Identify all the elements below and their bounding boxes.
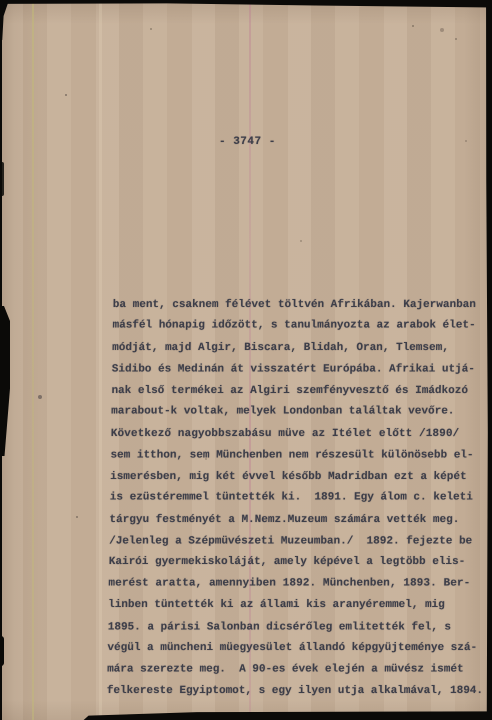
vertical-light-band [99, 0, 102, 720]
typewritten-line: Következő nagyobbszabásu müve az Itélet … [111, 424, 492, 445]
typewritten-line: tárgyu festményét a M.Nemz.Muzeum számár… [109, 510, 492, 531]
page-number: - 3747 - [219, 136, 276, 148]
paper-background: - 3747 - ba ment, csaknem félévet töltvé… [0, 0, 492, 720]
typewritten-line: ismerésben, mig két évvel később Madridb… [110, 467, 492, 488]
typewritten-line: 1895. a párisi Salonban dicsérőleg emlit… [108, 617, 492, 638]
film-edge-notch [0, 162, 4, 196]
typewritten-line: marabout-k voltak, melyek Londonban talá… [111, 402, 492, 423]
scanned-document-page: - 3747 - ba ment, csaknem félévet töltvé… [0, 0, 492, 720]
typewritten-line: felkereste Egyiptomot, s egy ilyen utja … [107, 681, 492, 702]
typewritten-line: ba ment, csaknem félévet töltvén Afrikáb… [113, 295, 492, 316]
typewritten-line: nak első termékei az Algiri szemfényvesz… [111, 381, 492, 402]
typewritten-line: is ezüstéremmel tüntették ki. 1891. Egy … [110, 488, 492, 509]
typewritten-line: másfél hónapig időzött, s tanulmányozta … [112, 316, 492, 337]
typewritten-line: módját, majd Algir, Biscara, Blidah, Ora… [112, 338, 492, 359]
typewritten-line: merést aratta, amennyiben 1892. Münchenb… [108, 574, 492, 595]
typewritten-line: végül a müncheni müegyesület állandó kép… [107, 638, 492, 659]
vertical-margin-line [32, 0, 34, 720]
typewritten-line: Sidibo és Medinán át visszatért Európába… [112, 360, 492, 381]
typewritten-line: sem itthon, sem Münchenben nem részesült… [110, 446, 492, 467]
typewritten-line: Kairói gyermekiskoláját, amely képével a… [109, 552, 492, 573]
typewritten-text-block: ba ment, csaknem félévet töltvén Afrikáb… [107, 295, 492, 703]
film-edge-notch [0, 636, 4, 666]
typewritten-line: /Jelenleg a Szépmüvészeti Muzeumban./ 18… [109, 531, 492, 552]
typewritten-line: linben tüntették ki az állami kis aranyé… [108, 595, 492, 616]
typewritten-line: mára szerezte meg. A 90-es évek elején a… [107, 659, 492, 680]
